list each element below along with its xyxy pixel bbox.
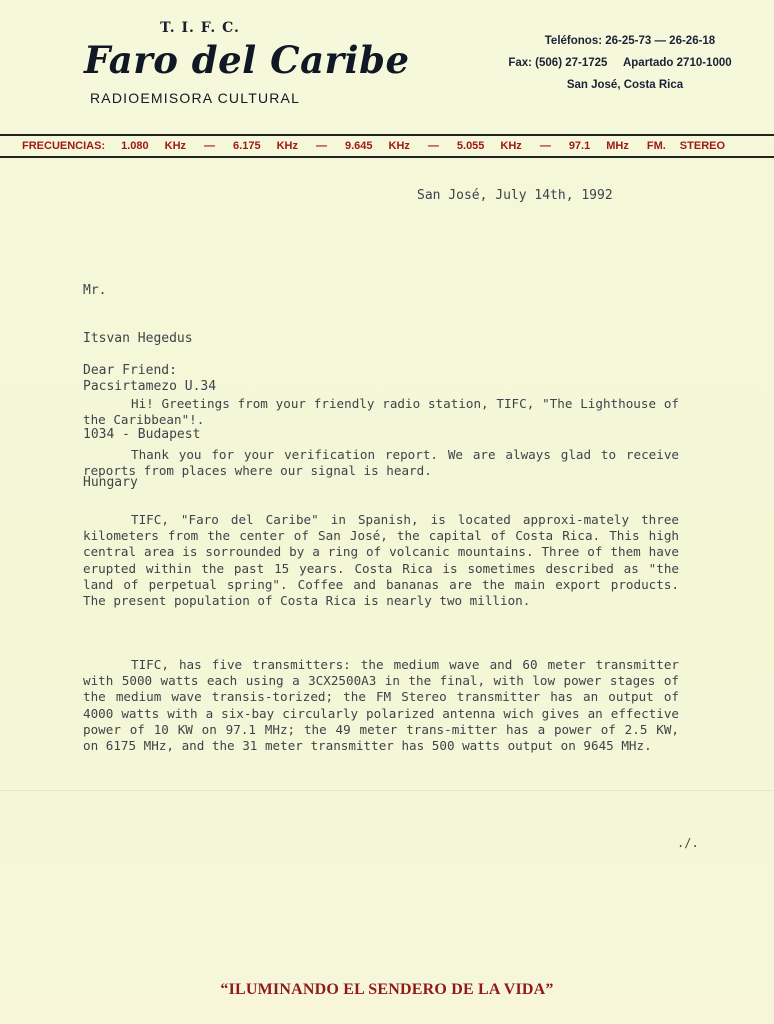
frequency-value: 97.1: [569, 140, 590, 152]
header-rule-bottom: [0, 156, 774, 158]
body-paragraph: Hi! Greetings from your friendly radio s…: [83, 396, 679, 428]
frequency-separator: —: [540, 140, 551, 152]
frequencies-label: FRECUENCIAS:: [22, 140, 105, 152]
frequency-unit: MHz: [606, 140, 629, 152]
body-paragraph: TIFC, "Faro del Caribe" in Spanish, is l…: [83, 512, 679, 609]
frequency-separator: —: [316, 140, 327, 152]
frequency-unit: KHz: [165, 140, 186, 152]
paragraph-text: Hi! Greetings from your friendly radio s…: [83, 396, 679, 427]
contact-phones: Teléfonos: 26-25-73 — 26-26-18: [480, 35, 774, 47]
frequency-unit: KHz: [277, 140, 298, 152]
paper-fold-line: [0, 790, 774, 791]
body-paragraph: TIFC, has five transmitters: the medium …: [83, 657, 679, 754]
frequency-unit: KHz: [389, 140, 410, 152]
stereo-label: STEREO: [680, 140, 725, 152]
recipient-title: Mr.: [83, 283, 216, 299]
frequency-value: 5.055: [457, 140, 485, 152]
contact-city: San José, Costa Rica: [475, 79, 774, 91]
paragraph-text: TIFC, "Faro del Caribe" in Spanish, is l…: [83, 512, 679, 608]
salutation: Dear Friend:: [83, 363, 177, 379]
paragraph-text: Thank you for your verification report. …: [83, 447, 679, 478]
fm-label: FM.: [647, 140, 666, 152]
letter-date: San José, July 14th, 1992: [417, 188, 613, 204]
frequency-unit: KHz: [500, 140, 521, 152]
header-rule-top: [0, 134, 774, 136]
body-paragraph: Thank you for your verification report. …: [83, 447, 679, 479]
footer-motto: “ILUMINANDO EL SENDERO DE LA VIDA”: [0, 981, 774, 999]
recipient-street: Pacsirtamezo U.34: [83, 379, 216, 395]
frequency-value: 6.175: [233, 140, 261, 152]
frequencies-bar: FRECUENCIAS: 1.080 KHz — 6.175 KHz — 9.6…: [22, 140, 762, 152]
letter-page: T. I. F. C. Faro del Caribe RADIOEMISORA…: [0, 0, 774, 1024]
recipient-name: Itsvan Hegedus: [83, 331, 216, 347]
station-name-logo: Faro del Caribe: [84, 38, 410, 82]
frequency-separator: —: [204, 140, 215, 152]
contact-fax-po-box: Fax: (506) 27-1725 Apartado 2710-1000: [470, 57, 770, 69]
frequency-value: 1.080: [121, 140, 149, 152]
station-abbreviation: T. I. F. C.: [150, 20, 250, 36]
continuation-mark: ./.: [677, 836, 699, 850]
paragraph-text: TIFC, has five transmitters: the medium …: [83, 657, 679, 753]
frequency-separator: —: [428, 140, 439, 152]
recipient-address: Mr. Itsvan Hegedus Pacsirtamezo U.34 103…: [83, 251, 216, 523]
station-subtitle: RADIOEMISORA CULTURAL: [90, 90, 300, 106]
recipient-city: 1034 - Budapest: [83, 427, 216, 443]
frequency-value: 9.645: [345, 140, 373, 152]
